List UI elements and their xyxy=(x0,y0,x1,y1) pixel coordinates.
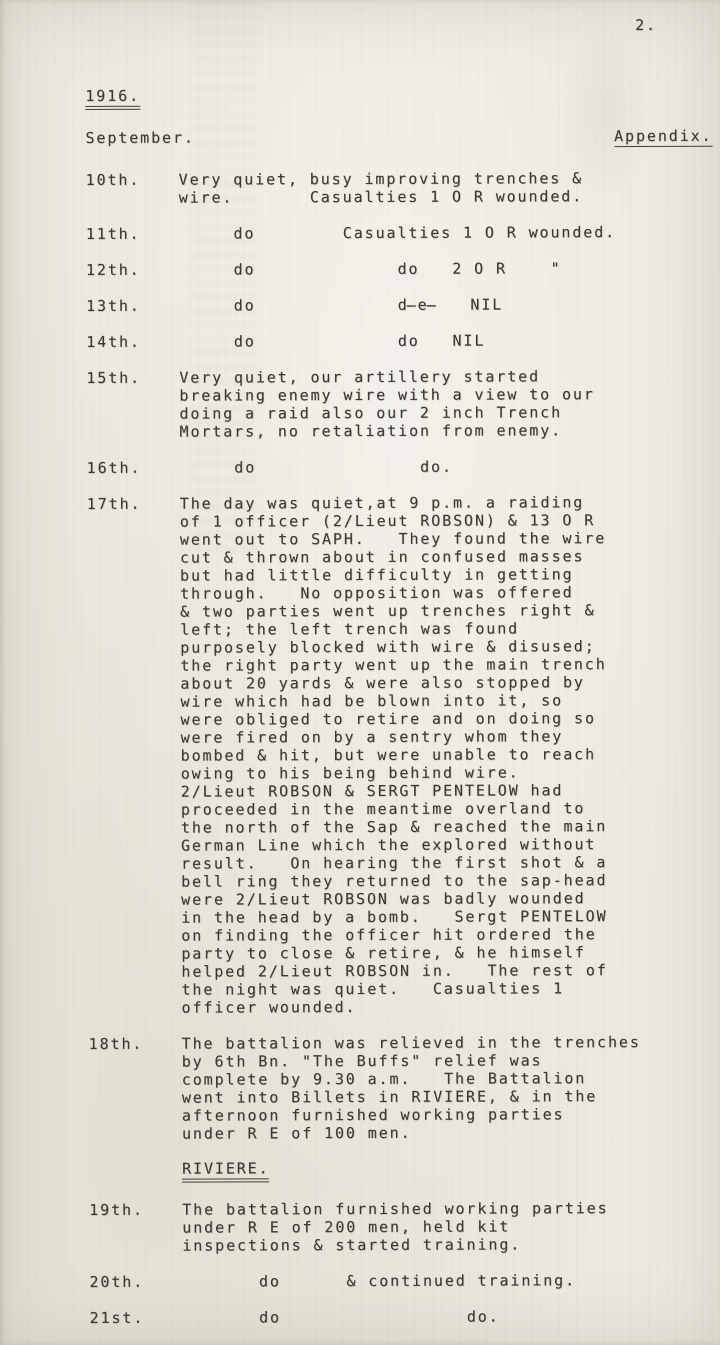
entry-text: do do. xyxy=(183,1307,717,1327)
entry-date: 11th. xyxy=(86,225,179,243)
entry-text: The day was quiet,at 9 p.m. a raiding of… xyxy=(180,493,716,1017)
entry-row-17th: 17th. The day was quiet,at 9 p.m. a raid… xyxy=(87,493,716,1017)
entry-text: do Casualties 1 O R wounded. xyxy=(179,223,713,243)
entry-text: The battalion was relieved in the trench… xyxy=(182,1033,716,1143)
entry-date: 16th. xyxy=(87,459,180,477)
entry-row-10th: 10th. Very quiet, busy improving trenche… xyxy=(86,169,713,207)
appendix-heading: Appendix. xyxy=(614,127,712,147)
entry-row-20th: 20th. do & continued training. xyxy=(89,1271,716,1291)
entry-row-15th: 15th. Very quiet, our artillery started … xyxy=(86,367,713,441)
entry-text: do do. xyxy=(180,457,714,477)
entry-row-18th: 18th. The battalion was relieved in the … xyxy=(89,1033,716,1143)
entry-date: 20th. xyxy=(89,1273,182,1291)
entry-text: do & continued training. xyxy=(182,1271,716,1291)
entry-row-14th: 14th. do do NIL xyxy=(86,331,713,351)
entry-date: 12th. xyxy=(86,261,179,279)
entry-date: 13th. xyxy=(86,297,179,315)
header-row: September. Appendix. xyxy=(85,127,712,149)
entry-text: Very quiet, our artillery started breaki… xyxy=(179,367,713,441)
entry-row-13th: 13th. do d̶e̶ NIL xyxy=(86,295,713,315)
diary-entries: 10th. Very quiet, busy improving trenche… xyxy=(86,169,717,1327)
entry-text: do do NIL xyxy=(179,331,713,351)
entry-date: 10th. xyxy=(86,171,179,189)
month-label: September. xyxy=(85,129,194,147)
section-heading-text: RIVIERE. xyxy=(182,1159,270,1182)
entry-row-11th: 11th. do Casualties 1 O R wounded. xyxy=(86,223,713,243)
entry-date: 14th. xyxy=(86,333,179,351)
year-text: 1916. xyxy=(85,87,140,110)
entry-row-12th: 12th. do do 2 O R " xyxy=(86,259,713,279)
entry-date: 21st. xyxy=(90,1309,183,1327)
entry-text: do d̶e̶ NIL xyxy=(179,295,713,315)
page-content: 1916. September. Appendix. 10th. Very qu… xyxy=(0,0,720,1327)
entry-date: 15th. xyxy=(86,369,179,387)
entry-date: 18th. xyxy=(89,1035,182,1053)
entry-date: 17th. xyxy=(87,495,180,513)
section-heading-riviere: RIVIERE. xyxy=(182,1158,716,1183)
entry-text: The battalion furnished working parties … xyxy=(182,1199,716,1255)
entry-text: Very quiet, busy improving trenches & wi… xyxy=(179,169,713,207)
entry-row-19th: 19th. The battalion furnished working pa… xyxy=(89,1199,716,1255)
year-heading: 1916. xyxy=(85,85,712,110)
entry-row-16th: 16th. do do. xyxy=(87,457,714,477)
scanned-page: 2. 1916. September. Appendix. 10th. Very… xyxy=(0,0,720,1345)
entry-row-21st: 21st. do do. xyxy=(90,1307,717,1327)
entry-date: 19th. xyxy=(89,1201,182,1219)
entry-text: do do 2 O R " xyxy=(179,259,713,279)
